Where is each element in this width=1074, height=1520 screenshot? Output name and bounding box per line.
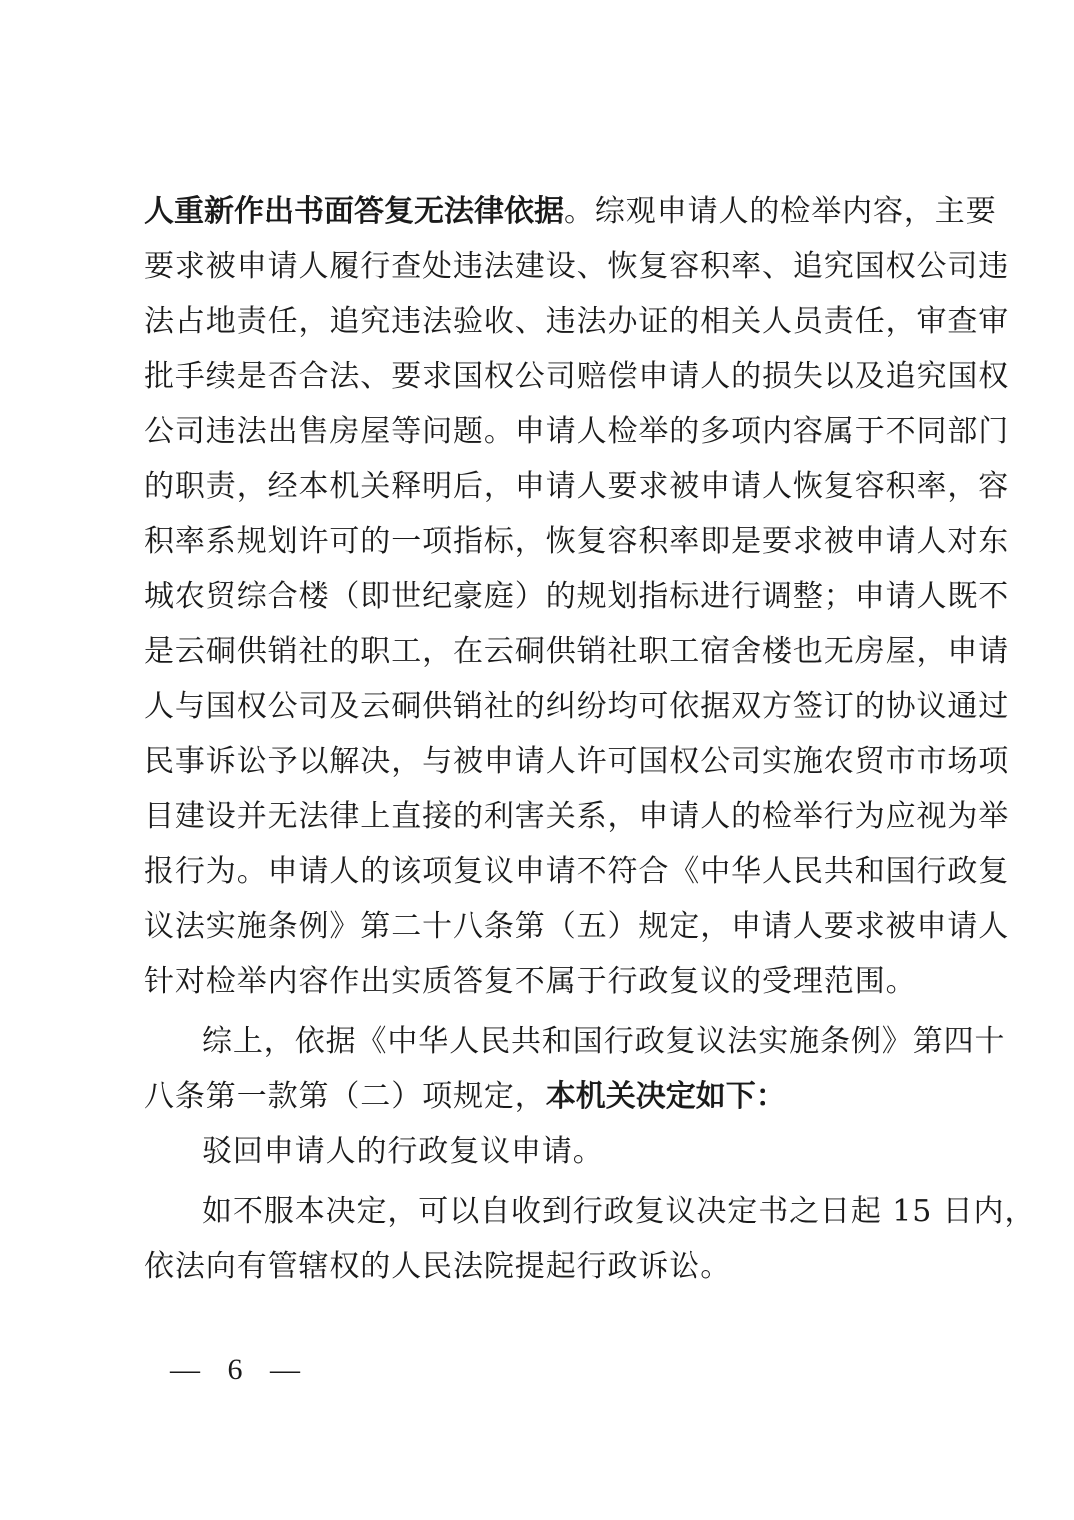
paragraph-line-1: 人重新作出书面答复无法律依据。综观申请人的检举内容，主要 [144, 192, 944, 232]
decision-heading: 本机关决定如下： [546, 1079, 786, 1114]
line-text: 。综观申请人的检举内容，主要 [564, 194, 997, 229]
conclusion-line-1: 综上，依据《中华人民共和国行政复议法实施条例》第四十 [202, 1022, 944, 1062]
paragraph-line-6: 的职责，经本机关释明后，申请人要求被申请人恢复容积率，容 [144, 467, 944, 507]
paragraph-line-7: 积率系规划许可的一项指标，恢复容积率即是要求被申请人对东 [144, 522, 944, 562]
appeal-line-2: 依法向有管辖权的人民法院提起行政诉讼。 [144, 1247, 944, 1287]
paragraph-line-2: 要求被申请人履行查处违法建设、恢复容积率、追究国权公司违 [144, 247, 944, 287]
conclusion-line-2: 八条第一款第（二）项规定，本机关决定如下： [144, 1077, 944, 1117]
document-page: 人重新作出书面答复无法律依据。综观申请人的检举内容，主要 要求被申请人履行查处违… [0, 0, 1074, 1520]
paragraph-line-15: 针对检举内容作出实质答复不属于行政复议的受理范围。 [144, 962, 944, 1002]
paragraph-line-13: 报行为。申请人的该项复议申请不符合《中华人民共和国行政复 [144, 852, 944, 892]
decision-text: 驳回申请人的行政复议申请。 [202, 1132, 944, 1172]
paragraph-line-5: 公司违法出售房屋等问题。申请人检举的多项内容属于不同部门 [144, 412, 944, 452]
paragraph-line-14: 议法实施条例》第二十八条第（五）规定，申请人要求被申请人 [144, 907, 944, 947]
paragraph-line-10: 人与国权公司及云硐供销社的纠纷均可依据双方签订的协议通过 [144, 687, 944, 727]
appeal-line-1: 如不服本决定，可以自收到行政复议决定书之日起 15 日内， [202, 1192, 944, 1232]
paragraph-line-9: 是云硐供销社的职工，在云硐供销社职工宿舍楼也无房屋，申请 [144, 632, 944, 672]
page-number: — 6 — [170, 1350, 310, 1390]
conclusion-text: 八条第一款第（二）项规定， [144, 1079, 546, 1114]
paragraph-line-3: 法占地责任，追究违法验收、违法办证的相关人员责任，审查审 [144, 302, 944, 342]
paragraph-line-4: 批手续是否合法、要求国权公司赔偿申请人的损失以及追究国权 [144, 357, 944, 397]
paragraph-line-8: 城农贸综合楼（即世纪豪庭）的规划指标进行调整；申请人既不 [144, 577, 944, 617]
paragraph-line-12: 目建设并无法律上直接的利害关系，申请人的检举行为应视为举 [144, 797, 944, 837]
paragraph-line-11: 民事诉讼予以解决，与被申请人许可国权公司实施农贸市市场项 [144, 742, 944, 782]
bold-phrase: 人重新作出书面答复无法律依据 [144, 194, 564, 229]
